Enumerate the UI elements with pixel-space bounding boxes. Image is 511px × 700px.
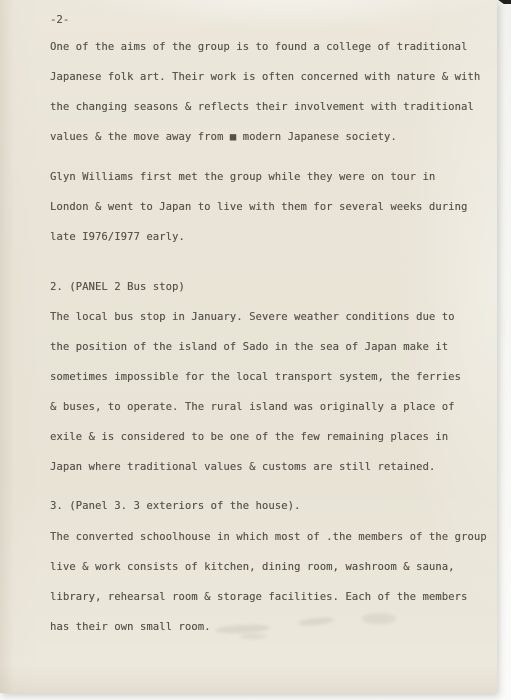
scanned-page-background: -2- One of the aims of the group is to f… (0, 0, 511, 700)
section-heading-panel-3: 3. (Panel 3. 3 exteriors of the house). (50, 491, 300, 521)
text-line: the position of the island of Sado in th… (50, 332, 497, 362)
typewritten-paper-sheet: -2- One of the aims of the group is to f… (0, 0, 497, 693)
text-line: late I976/I977 early. (50, 222, 497, 252)
paragraph-aims-of-group: One of the aims of the group is to found… (0, 32, 497, 152)
text-line: Glyn Williams first met the group while … (50, 162, 497, 192)
text-line: Japanese folk art. Their work is often c… (50, 62, 497, 92)
text-line: live & work consists of kitchen, dining … (50, 552, 497, 582)
text-line: London & went to Japan to live with them… (50, 192, 497, 222)
page-number: -2- (50, 5, 69, 35)
text-line: The local bus stop in January. Severe we… (50, 302, 497, 332)
text-line: The converted schoolhouse in which most … (50, 522, 497, 552)
text-line: sometimes impossible for the local trans… (50, 362, 497, 392)
text-line: library, rehearsal room & storage facili… (50, 582, 497, 612)
text-line: has their own small room. (50, 612, 497, 642)
text-line: One of the aims of the group is to found… (50, 32, 497, 62)
paragraph-bus-stop: The local bus stop in January. Severe we… (0, 302, 497, 482)
pencil-smudge (240, 634, 266, 639)
scan-corner-shadow (495, 0, 511, 4)
text-line: values & the move away from ■ modern Jap… (50, 122, 497, 152)
paragraph-glyn-williams: Glyn Williams first met the group while … (0, 162, 497, 252)
pencil-smudge (362, 613, 396, 624)
text-line: & buses, to operate. The rural island wa… (50, 392, 497, 422)
text-line: Japan where traditional values & customs… (50, 452, 497, 482)
text-line: the changing seasons & reflects their in… (50, 92, 497, 122)
text-line: exile & is considered to be one of the f… (50, 422, 497, 452)
section-heading-panel-2: 2. (PANEL 2 Bus stop) (50, 272, 185, 302)
